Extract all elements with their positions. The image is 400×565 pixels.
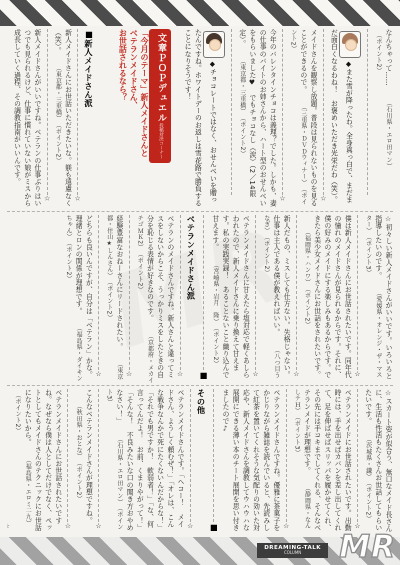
entry-points: （ポイント2） bbox=[212, 328, 219, 367]
column-banner-note: 投稿対決コーナー bbox=[158, 123, 163, 159]
entry-points: （ポイント2） bbox=[239, 118, 246, 157]
band-top: ■新人メイドさん派☆新人メイドさんにお世話いただきたいな。躾も遠慮なく（笑）。（… bbox=[7, 29, 393, 212]
maid-avatar-icon bbox=[339, 31, 361, 58]
entry-text: ☆こんなベテランメイドさんが理想ですね。 bbox=[84, 389, 102, 530]
section-header: ■新人メイドさん派 bbox=[84, 29, 94, 107]
entry-points: （ポイント2） bbox=[365, 483, 372, 522]
theme-line-2: ベテランメイドさん、 bbox=[127, 29, 138, 161]
entry-text: ☆新人メイドさんがいいですね。ベテランの仕事ぶりはいつでも見られるけど、仕事に慣… bbox=[13, 29, 52, 207]
theme-title: 「今月のテーマ」新人メイドさんと ベテランメイドさん、 お世話されるなら？ bbox=[97, 29, 149, 161]
band-middle-columns: ☆初々しい新人メイドさんがいいです。いろいろと指導したいのです。（愛媛県・オレン… bbox=[7, 215, 393, 386]
entry-points: （ポイント2） bbox=[304, 289, 311, 328]
section-header: ■ベテランメイドさん派 bbox=[186, 215, 208, 380]
entry-separator bbox=[282, 29, 283, 195]
entry-separator bbox=[190, 389, 191, 522]
entry-separator bbox=[77, 29, 78, 195]
dreaming-talk-box: DREAMING-TALK COLUMN bbox=[257, 543, 328, 558]
entry-text: ☆ベテランメイドさんです。未知という意味では新人メイドも捨てがたいのですが、経験… bbox=[7, 389, 11, 531]
entry-attribution: （東京都・三重橋） bbox=[239, 61, 246, 115]
entry-text: ☆ベテランメイドさんです。「ヘコー！ メイドさん、ようしく頼むぜ！」「オレは、こ… bbox=[115, 389, 194, 531]
title-block: 「今月のテーマ」新人メイドさんと ベテランメイドさん、 お世話されるなら？ 文章… bbox=[97, 29, 173, 167]
entry-attribution: （宮崎県・岩月 隆） bbox=[212, 265, 219, 325]
avatar-face bbox=[209, 39, 221, 51]
entry-separator bbox=[357, 215, 358, 370]
entry-attribution: （東京都・三重橋） bbox=[54, 68, 61, 122]
maid-avatar-icon bbox=[203, 31, 225, 58]
avatar-face bbox=[345, 39, 357, 51]
entry-attribution: （福島県・エロミ二九） bbox=[24, 460, 31, 526]
entry-points: （ポイント2） bbox=[65, 243, 72, 282]
entry-separator bbox=[203, 215, 204, 370]
entry-text: ☆経験豊富なおねーさんにリードされたい。 bbox=[115, 215, 133, 378]
entry-attribution: （三重県・ＤＶＤウィナー） bbox=[300, 107, 307, 186]
entry-points: （ポイント3） bbox=[365, 237, 372, 276]
band-top-left-columns: ■新人メイドさん派☆新人メイドさんにお世話いただきたいな。躾も遠慮なく（笑）。（… bbox=[7, 29, 95, 209]
entry-text: ☆ベテランメイドさんですね。優雅に茶菓子をかじりながら雑誌を読んでいると、先読み… bbox=[221, 389, 290, 531]
theme-line-3: お世話されるなら？ bbox=[117, 29, 128, 161]
entry-separator bbox=[47, 29, 48, 195]
entry-separator bbox=[129, 215, 130, 370]
entry-attribution: （茨城県・鎌） bbox=[365, 439, 372, 480]
entry-points: （ポイント2） bbox=[375, 32, 382, 74]
entry-text: なんちゃって…… bbox=[384, 29, 392, 86]
dreaming-talk-sublabel: COLUMN bbox=[264, 551, 321, 556]
entry-attribution: （石川県・エロ田マン） bbox=[385, 100, 392, 169]
band-bottom-columns: ☆スカート姿が似合う、無口なメイド長さんに、生活も性活もたくさんお世話してもらい… bbox=[7, 389, 393, 534]
entry-attribution: （石川県・エロ田マン） bbox=[116, 439, 123, 505]
entry-attribution: （秋田県・おとな） bbox=[75, 403, 82, 460]
entry-points: （ポイント2） bbox=[14, 392, 21, 434]
entry-separator bbox=[98, 215, 99, 370]
entry-separator bbox=[357, 389, 358, 522]
band-top-right-columns: なんちゃって……（石川県・エロ田マン）（ポイント2）◆また雪が降ったわ。全身真っ… bbox=[175, 29, 393, 209]
entry-separator bbox=[286, 389, 287, 522]
entry-separator bbox=[231, 29, 232, 195]
entry-points: （ポイント2） bbox=[136, 254, 143, 293]
entry-points: （ポイント2） bbox=[106, 282, 113, 321]
entry-points: （ポイント3） bbox=[293, 417, 300, 456]
theme-line-1: 「今月のテーマ」新人メイドさんと bbox=[138, 29, 149, 161]
column-banner-title: 文章ＰＯＰデュエル bbox=[155, 33, 165, 123]
entry-attribution: （福岡県・ハンワ） bbox=[304, 229, 311, 286]
magazine-page: MR ■新人メイドさん派☆新人メイドさんにお世話いただきたいな。躾も遠慮なく（笑… bbox=[0, 0, 400, 565]
entry-separator bbox=[98, 389, 99, 522]
bottom-stripe-border: DREAMING-TALK COLUMN MR bbox=[0, 537, 400, 565]
entry-text: ☆ベテランメイドにお世話されたいです。出勤時には、手を出せばカバンを差し出してく… bbox=[303, 389, 362, 531]
entry-separator bbox=[296, 215, 297, 370]
mr-logo: MR bbox=[339, 529, 396, 565]
entry-points: （ポイント2） bbox=[263, 237, 270, 276]
entry-points: （ポイント2） bbox=[54, 125, 61, 164]
column-banner: 文章ＰＯＰデュエル 投稿対決コーナー bbox=[149, 29, 171, 163]
entry-separator bbox=[255, 215, 256, 370]
section-header: ■その他 bbox=[197, 389, 219, 532]
entry-separator bbox=[367, 29, 368, 195]
entry-points: （ポイント2） bbox=[75, 463, 82, 502]
entry-separator bbox=[180, 215, 181, 370]
content-area: ■新人メイドさん派☆新人メイドさんにお世話いただきたいな。躾も遠慮なく（笑）。（… bbox=[0, 26, 400, 537]
entry-text: ☆僕は新人メイドさんにお世話されたいです。同年代の憧れのメイドさんが見られるから… bbox=[313, 215, 362, 378]
entry-separator bbox=[323, 29, 324, 195]
top-stripe-border bbox=[0, 0, 400, 26]
entry-separator bbox=[67, 389, 68, 522]
entry-separator bbox=[213, 389, 214, 522]
